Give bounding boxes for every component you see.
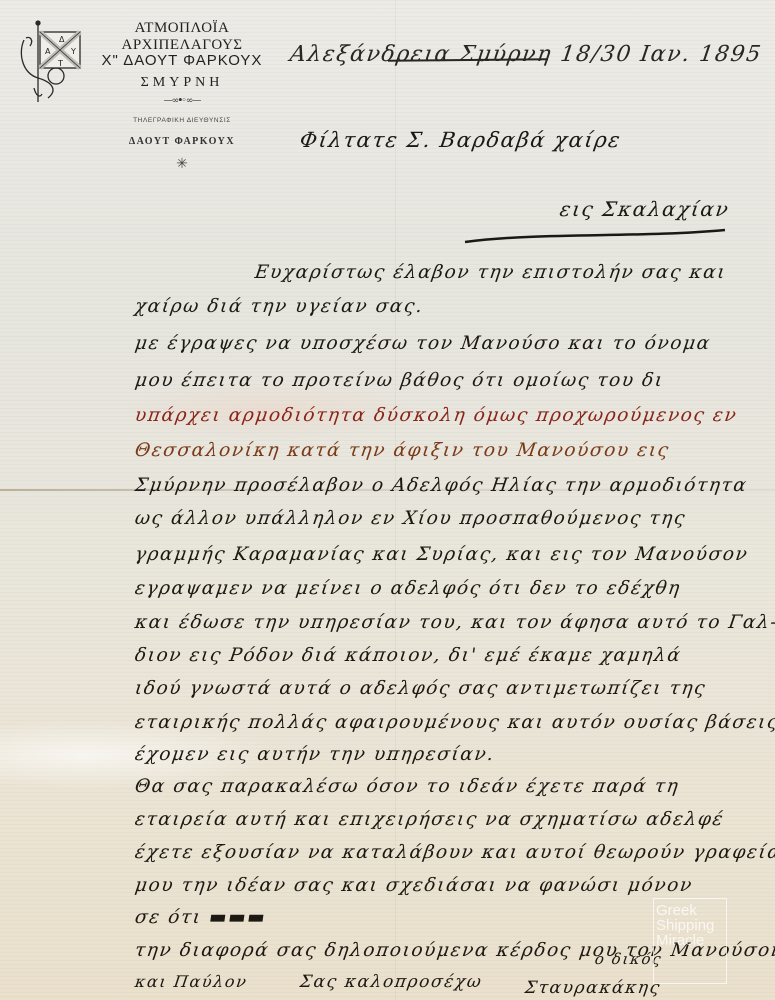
body-line: έχετε εξουσίαν να καταλάβουν και αυτοί θ… <box>134 842 775 863</box>
letterhead-owner: Χ" ΔΑΟΥΤ ΦΑΡΚΟΥΧ <box>82 52 282 69</box>
body-line-struck: σε ότι ▬▬▬ <box>134 907 268 928</box>
body-line: διον εις Ρόδον διά κάποιον, δι' εμέ έκαμ… <box>134 645 683 666</box>
body-line: και Παύλον <box>134 972 249 991</box>
body-line: εγραψαμεν να μείνει ο αδελφός ότι δεν το… <box>134 578 683 599</box>
body-line: εταιρεία αυτή και επιχειρήσεις να σχηματ… <box>134 809 726 830</box>
body-line: υπάρχει αρμοδιότητα δύσκολη όμως προχωρο… <box>134 405 739 426</box>
telegraphic-label: ΤΗΛΕΓΡΑΦΙΚΗ ΔΙΕΥΘΥΝΣΙΣ <box>82 117 282 124</box>
body-line: Σμύρνην προσέλαβον ο Αδελφός Ηλίας την α… <box>134 475 749 496</box>
body-line: Ευχαρίστως έλαβον την επιστολήν σας και <box>254 262 728 283</box>
telegraphic-address: ΔΑΟΥΤ ΦΑΡΚΟΥΧ <box>82 136 282 147</box>
date-line: Αλεξάνδρεια Σμύρνη 18/30 Ιαν. 1895 <box>288 42 763 67</box>
body-line: έχομεν εις αυτήν την υπηρεσίαν. <box>134 744 497 765</box>
signature: Σταυρακάκης <box>524 978 663 998</box>
svg-text:Τ: Τ <box>57 59 63 68</box>
body-line: και έδωσε την υπηρεσίαν του, και τον άφη… <box>134 612 775 633</box>
body-line: Θα σας παρακαλέσω όσον το ιδεάν έχετε πα… <box>134 776 681 797</box>
body-line: ως άλλον υπάλληλον εν Χίου προσπαθούμενο… <box>134 508 688 529</box>
watermark-logo: Greek Shipping Miracle <box>653 898 727 984</box>
flourish-underline-icon <box>460 220 730 250</box>
body-line: εταιρικής πολλάς αφαιρουμένους και αυτόν… <box>134 712 775 733</box>
watermark-line: Miracle <box>656 933 724 948</box>
svg-text:Α: Α <box>45 47 51 56</box>
salutation: Φίλτατε Σ. Βαρδαβά χαίρε <box>298 128 623 152</box>
svg-text:Υ: Υ <box>70 47 76 56</box>
body-line: χαίρω διά την υγείαν σας. <box>134 296 425 317</box>
svg-text:Δ: Δ <box>59 35 65 44</box>
ornament-divider-icon: —∞ꔷ◦∞— <box>82 96 282 106</box>
body-line: με έγραψες να υποσχέσω τον Μανούσο και τ… <box>134 333 713 354</box>
anchor-flag-logo-icon: Δ Α Υ Τ <box>12 18 82 106</box>
closing: Σας καλοπροσέχω <box>299 972 484 992</box>
watermark-line: Greek <box>656 903 724 918</box>
recipient-place: εις Σκαλαχίαν <box>558 197 731 221</box>
letterhead-company: ΑΤΜΟΠΛΟΪΑ ΑΡΧΙΠΕΛΑΓΟΥΣ <box>82 20 282 54</box>
watermark-line: Shipping <box>656 918 724 933</box>
body-line: ιδού γνωστά αυτά ο αδελφός σας αντιμετωπ… <box>134 678 708 699</box>
star-ornament-icon: ✳ <box>82 156 282 172</box>
body-line: Θεσσαλονίκη κατά την άφιξιν του Μανούσου… <box>134 440 672 461</box>
letterhead-city: ΣΜΥΡΝΗ <box>82 75 282 91</box>
body-line: γραμμής Καραμανίας και Συρίας, και εις τ… <box>134 544 750 565</box>
body-line: μου την ιδέαν σας και σχεδιάσαι να φανώσ… <box>134 875 695 896</box>
body-line: μου έπειτα το προτείνω βάθος ότι ομοίως … <box>134 370 666 391</box>
